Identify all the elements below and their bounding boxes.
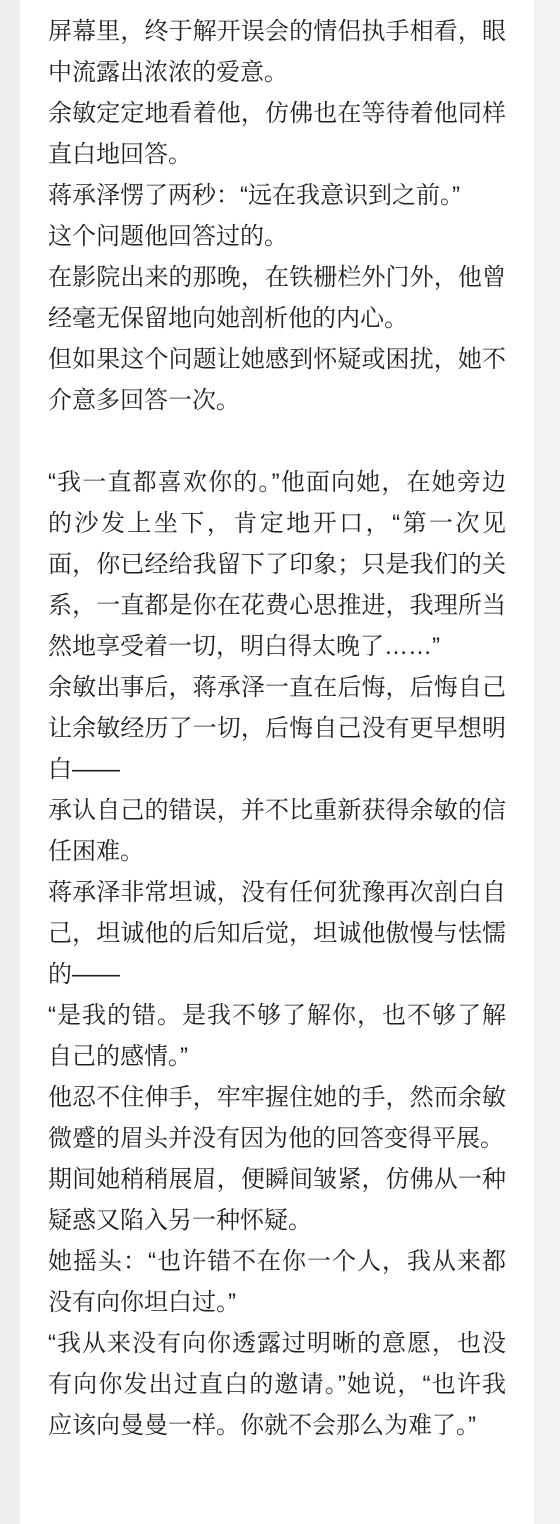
paragraph: 承认自己的错误，并不比重新获得余敏的信任困难。 — [48, 790, 506, 872]
paragraph: 蒋承泽愣了两秒：“远在我意识到之前。” — [48, 175, 506, 216]
paragraph: 屏幕里，终于解开误会的情侣执手相看，眼中流露出浓浓的爱意。 — [48, 11, 506, 93]
page-text: 屏幕里，终于解开误会的情侣执手相看，眼中流露出浓浓的爱意。余敏定定地看着他，仿佛… — [48, 11, 506, 1446]
paragraph: 他忍不住伸手，牢牢握住她的手，然而余敏微蹙的眉头并没有因为他的回答变得平展。 — [48, 1077, 506, 1159]
paragraph: 但如果这个问题让她感到怀疑或困扰，她不介意多回答一次。 — [48, 339, 506, 421]
reader-app: 屏幕里，终于解开误会的情侣执手相看，眼中流露出浓浓的爱意。余敏定定地看着他，仿佛… — [0, 0, 560, 1524]
paragraph: 余敏出事后，蒋承泽一直在后悔，后悔自己让余敏经历了一切，后悔自己没有更早想明白—… — [48, 667, 506, 790]
paragraph: 蒋承泽非常坦诚，没有任何犹豫再次剖白自己，坦诚他的后知后觉，坦诚他傲慢与怯懦的—… — [48, 872, 506, 995]
paragraph: 余敏定定地看着他，仿佛也在等待着他同样直白地回答。 — [48, 93, 506, 175]
paragraph: 在影院出来的那晚，在铁栅栏外门外，他曾经毫无保留地向她剖析他的内心。 — [48, 257, 506, 339]
paragraph: “我从来没有向你透露过明晰的意愿，也没有向你发出过直白的邀请。”她说，“也许我应… — [48, 1323, 506, 1446]
page-edge-right — [534, 0, 560, 1524]
paragraph-break — [48, 421, 506, 462]
page-edge-left — [0, 0, 20, 1524]
paragraph: “是我的错。是我不够了解你，也不够了解自己的感情。” — [48, 995, 506, 1077]
reader-page[interactable]: 屏幕里，终于解开误会的情侣执手相看，眼中流露出浓浓的爱意。余敏定定地看着他，仿佛… — [20, 0, 534, 1524]
paragraph: 她摇头：“也许错不在你一个人，我从来都没有向你坦白过。” — [48, 1241, 506, 1323]
paragraph: 期间她稍稍展眉，便瞬间皱紧，仿佛从一种疑惑又陷入另一种怀疑。 — [48, 1159, 506, 1241]
paragraph: “我一直都喜欢你的。”他面向她，在她旁边的沙发上坐下，肯定地开口，“第一次见面，… — [48, 462, 506, 667]
paragraph: 这个问题他回答过的。 — [48, 216, 506, 257]
